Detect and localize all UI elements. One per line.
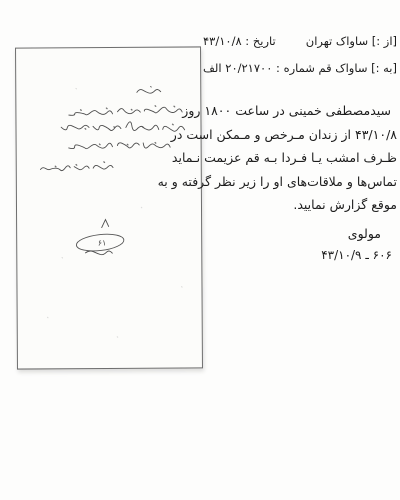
header-date: تاریخ : ۴۳/۱۰/۸ [203, 33, 276, 50]
body-line: ظـرف امشب یـا فـردا بـه قم عزیمت نـماید [203, 146, 397, 170]
typed-text-column: [از :] ساواک تهران تاریخ : ۴۳/۱۰/۸ [به :… [203, 33, 397, 263]
header-row-to-number: [به :] ساواک قم شماره : ۲۰/۲۱۷۰۰ الف [203, 60, 397, 77]
archive-reference: ۶۰۶ ـ ۴۳/۱۰/۹ [203, 247, 397, 263]
handwritten-line-1 [69, 107, 182, 116]
telegram-body: سیدمصطفی خمینی در ساعت ۱۸۰۰ روز ۴۳/۱۰/۸ … [203, 99, 397, 217]
signature-name: مولوی [203, 224, 397, 244]
handwritten-line-2 [61, 120, 185, 134]
header-row-from-date: [از :] ساواک تهران تاریخ : ۴۳/۱۰/۸ [203, 33, 397, 50]
check-mark [101, 219, 108, 227]
handwritten-heading-word [137, 86, 161, 93]
handwriting-dots [54, 105, 176, 167]
body-line: تماس‌ها و ملاقات‌های او را زیر نظر گرفته… [203, 170, 397, 194]
body-line: ۴۳/۱۰/۸ از زندان مـرخص و مـمکن است در [203, 123, 397, 147]
body-line: سیدمصطفی خمینی در ساعت ۱۸۰۰ روز [203, 99, 397, 123]
body-line: موقع گزارش نمایید. [203, 193, 397, 217]
header-from: [از :] ساواک تهران [306, 33, 397, 50]
scanned-telegram-image: ۶۱ [15, 46, 203, 369]
paper-specks [46, 88, 182, 338]
page-canvas: ۶۱ [از :] ساواک تهران تاریخ : ۴۳/۱۰/۸ [ب… [0, 0, 400, 500]
stamp-number: ۶۱ [98, 238, 107, 247]
handwriting-svg: ۶۱ [16, 47, 202, 368]
header-to: [به :] ساواک قم [318, 60, 397, 77]
scanned-document-page: { "document": { "header": { "from": "[از… [0, 0, 400, 500]
header-number: شماره : ۲۰/۲۱۷۰۰ الف [203, 60, 315, 77]
